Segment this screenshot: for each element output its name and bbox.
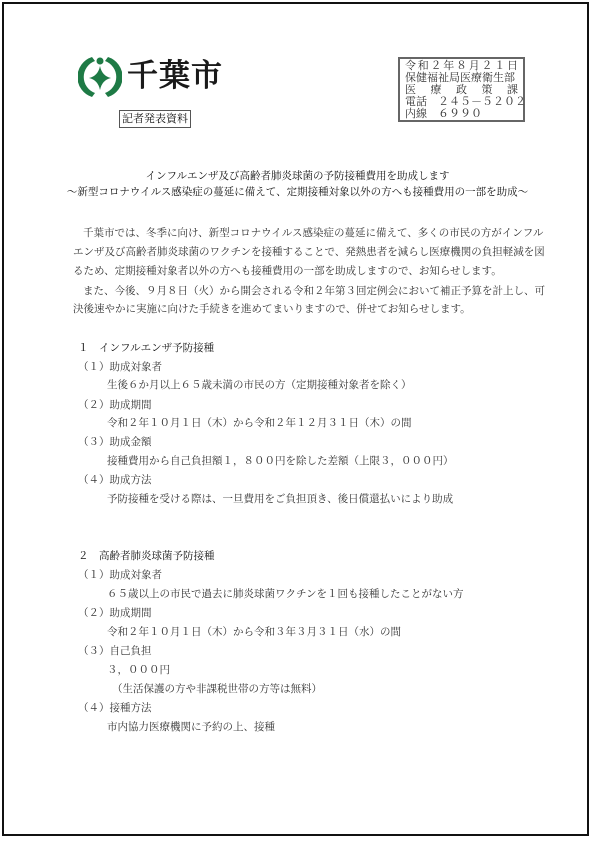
section-2-item-label: （２）助成期間 [78,605,152,620]
section-1-item-text: 生後６か月以上６５歳未満の市民の方（定期接種対象者を除く） [107,377,412,392]
intro-line: 千葉市では、冬季に向け、新型コロナウイルス感染症の蔓延に備えて、多くの市民の方が… [83,225,543,240]
intro-line: 決後速やかに実施に向けた手続きを進めてまいりますので、併せてお知らせします。 [73,301,471,316]
chiba-city-logo-icon [78,55,122,99]
press-release-label: 記者発表資料 [119,110,191,128]
section-2-item-label: （４）接種方法 [78,700,152,715]
section-2-item-text: ６５歳以上の市民で過去に肺炎球菌ワクチンを１回も接種したことがない方 [107,586,463,601]
section-2-item-note: （生活保護の方や非課税世帯の方等は無料） [112,681,322,696]
city-name: 千葉市 [127,56,223,96]
section-1-item-label: （１）助成対象者 [78,359,162,374]
intro-line: るため、定期接種対象者以外の方へも接種費用の一部を助成しますので、お知らせします… [73,263,502,278]
section-2-item-text: 令和２年１０月１日（木）から令和３年３月３１日（水）の間 [107,624,401,639]
extension-number: 内線 ６９９０ [405,108,518,120]
document-subtitle: ～新型コロナウイルス感染症の蔓延に備えて、定期接種対象以外の方へも接種費用の一部… [0,184,595,199]
section-1-item-text: 接種費用から自己負担額１，８００円を除した差額（上限３，０００円） [107,453,454,468]
document-title: インフルエンザ及び高齢者肺炎球菌の予防接種費用を助成します [0,168,595,183]
section-1-heading: １ インフルエンザ予防接種 [78,340,214,355]
intro-line: また、今後、９月８日（火）から開会される令和２年第３回定例会において補正予算を計… [83,283,545,298]
intro-line: エンザ及び高齢者肺炎球菌のワクチンを接種することで、発熱患者を減らし医療機関の負… [73,244,545,259]
section-1-item-label: （２）助成期間 [78,397,152,412]
contact-info-box: 令和２年８月２１日 保健福祉局医療衛生部 医療政策課 電話 ２４５－５２０２ 内… [398,57,525,122]
section-1-item-text: 令和２年１０月１日（木）から令和２年１２月３１日（木）の間 [107,415,412,430]
section-1-item-label: （４）助成方法 [78,472,152,487]
section-1-item-text: 予防接種を受ける際は、一旦費用をご負担頂き、後日償還払いにより助成 [107,491,453,506]
section-2-item-label: （３）自己負担 [78,643,152,658]
section-2-item-text: ３，０００円 [107,662,170,677]
section-2-item-text: 市内協力医療機関に予約の上、接種 [107,719,275,734]
section-1-item-label: （３）助成金額 [78,434,152,449]
section-2-item-label: （１）助成対象者 [78,567,162,582]
section-2-heading: ２ 高齢者肺炎球菌予防接種 [78,548,215,563]
